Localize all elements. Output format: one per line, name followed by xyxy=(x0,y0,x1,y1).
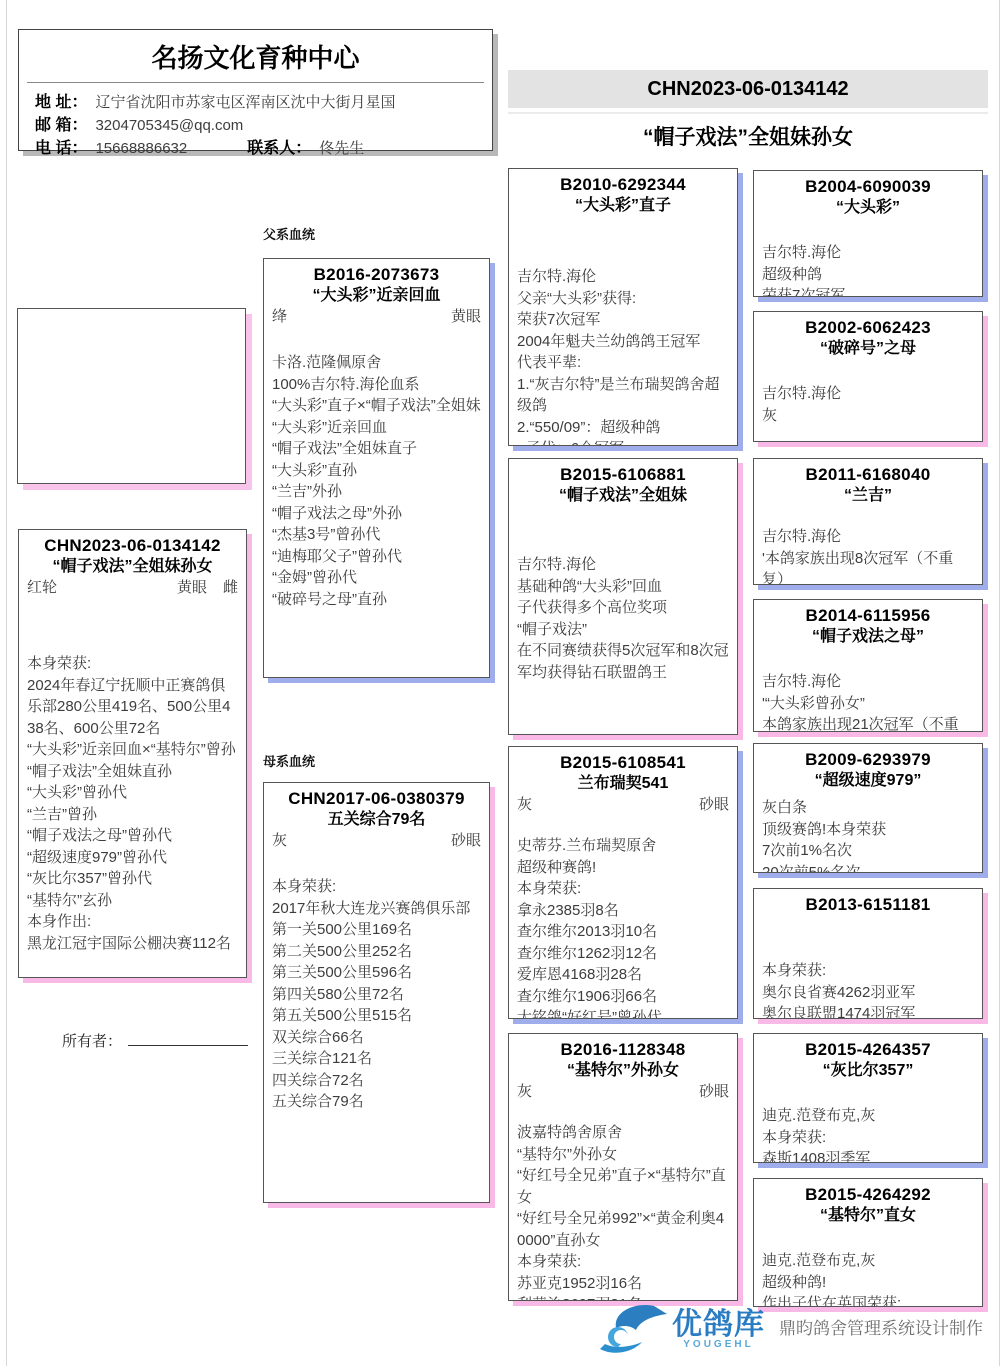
detail-line: “基特尔”外孙女 xyxy=(517,1144,729,1166)
detail-line: 卡洛.范隆佩原舍 xyxy=(272,352,481,374)
bird-name: “帽子戏法”全姐妹 xyxy=(517,485,729,506)
bird-name: 兰布瑞契541 xyxy=(517,773,729,794)
spacer xyxy=(272,327,481,352)
pedigree-box-greatgrandparent-8: B2015-4264292 “基特尔”直女 迪克.范登布克,灰超级种鸽!作出子代… xyxy=(753,1178,983,1307)
contact-value: 佟先生 xyxy=(319,137,364,160)
detail-line: 第四关580公里72名 xyxy=(272,984,481,1006)
ring-number: B2016-2073673 xyxy=(272,264,481,285)
bird-name: “超级速度979” xyxy=(762,770,974,791)
detail-line: 吉尔特.海伦 xyxy=(762,526,974,548)
detail-line: 在不同赛绩获得5次冠军和8次冠军均获得钻石联盟鸽王 xyxy=(517,640,729,683)
detail-line: “帽子戏法之母”外孙 xyxy=(272,503,481,525)
spacer xyxy=(762,1226,974,1250)
ring-number: B2011-6168040 xyxy=(762,464,974,485)
ring-number: CHN2023-06-0134142 xyxy=(27,535,238,556)
detail-line: “兰吉”曾孙 xyxy=(27,804,238,826)
detail-line: '本鸽家族出现8次冠军（不重复） xyxy=(762,548,974,586)
ring-number: B2013-6151181 xyxy=(762,894,974,915)
bird-details: 吉尔特.海伦超级种鸽荣获7次冠军 xyxy=(762,242,974,297)
phone-row: 电 话： 15668886632 联系人： 佟先生 xyxy=(19,137,492,160)
detail-line: 三关综合121名 xyxy=(272,1048,481,1070)
pedigree-box-greatgrandparent-4: B2014-6115956 “帽子戏法之母” 吉尔特.海伦'“大头彩曾孙女”本鸽… xyxy=(753,599,983,732)
detail-line: 波嘉特鸽舍原舍 xyxy=(517,1122,729,1144)
pedigree-bird-name: “帽子戏法”全姐妹孙女 xyxy=(508,121,988,151)
detail-line: 大铭鸽“好红号”曾孙代 xyxy=(517,1007,729,1019)
sex: 雌 xyxy=(223,579,238,596)
pedigree-box-greatgrandparent-6: B2013-6151181 本身荣获:奥尔良省赛4262羽亚军奥尔良联盟1474… xyxy=(753,888,983,1019)
footer-brand: 优鸽库 YOUGEHL 鼎昀鸽舍管理系统设计制作 xyxy=(596,1298,983,1360)
detail-line: “大头彩”直孙 xyxy=(272,460,481,482)
detail-line: 第二关500公里252名 xyxy=(272,941,481,963)
bird-details: 本身荣获:2017年秋大连龙兴赛鸽俱乐部第一关500公里169名第二关500公里… xyxy=(272,876,481,1113)
address-row: 地 址： 辽宁省沈阳市苏家屯区浑南区沈中大街月星国 xyxy=(19,91,492,114)
eye-color: 砂眼 xyxy=(699,1081,729,1102)
detail-line: 查尔维尔1906羽66名 xyxy=(517,986,729,1008)
eye-sex-group: 黄眼雌 xyxy=(177,577,238,598)
detail-line: 本身荣获: xyxy=(762,960,974,982)
contact-group: 联系人： 佟先生 xyxy=(247,137,364,160)
detail-line: 吉尔特.海伦 xyxy=(762,671,974,693)
traits-row: 红轮 黄眼雌 xyxy=(27,577,238,598)
detail-line: 超级种鸽! xyxy=(762,1272,974,1294)
bird-details: 卡洛.范隆佩原舍100%吉尔特.海伦血系“大头彩”直子×“帽子戏法”全姐妹“大头… xyxy=(272,352,481,610)
pedigree-box-grandparent-2: B2015-6106881 “帽子戏法”全姐妹 吉尔特.海伦基础种鸽“大头彩”回… xyxy=(508,458,738,735)
paternal-line-label: 父系血统 xyxy=(263,224,315,243)
detail-line: 本身作出: xyxy=(27,911,238,933)
contact-label: 联系人： xyxy=(247,137,311,160)
ring-number: B2015-4264292 xyxy=(762,1184,974,1205)
bird-details: 吉尔特.海伦'本鸽家族出现8次冠军（不重复） xyxy=(762,526,974,585)
detail-line: 荣获7次冠军 xyxy=(762,285,974,297)
traits-row: 绛 黄眼 xyxy=(272,306,481,327)
traits-row: 灰 砂眼 xyxy=(517,1081,729,1102)
detail-line: “帽子戏法之母”曾孙代 xyxy=(27,825,238,847)
detail-line: “迪梅耶父子”曾孙代 xyxy=(272,546,481,568)
bird-name: “兰吉” xyxy=(762,485,974,506)
spacer xyxy=(762,647,974,671)
detail-line: 2004年魁夫兰幼鸽鸽王冠军 xyxy=(517,331,729,353)
detail-line: '“大头彩曾孙女” xyxy=(762,693,974,715)
detail-line: 迪克.范登布克,灰 xyxy=(762,1250,974,1272)
ring-number: B2015-6106881 xyxy=(517,464,729,485)
eye-color: 砂眼 xyxy=(451,830,481,851)
traits-row: 灰 砂眼 xyxy=(517,794,729,815)
detail-line: 第三关500公里596名 xyxy=(272,962,481,984)
loft-header-card: 名扬文化育种中心 地 址： 辽宁省沈阳市苏家屯区浑南区沈中大街月星国 邮 箱： … xyxy=(18,29,493,151)
bird-name: “破碎号”之母 xyxy=(762,338,974,359)
ring-number: CHN2017-06-0380379 xyxy=(272,788,481,809)
detail-line: 本身荣获: xyxy=(272,876,481,898)
detail-line: 20次前5%名次 xyxy=(762,862,974,874)
detail-line: 吉尔特.海伦 xyxy=(517,266,729,288)
spacer xyxy=(762,506,974,526)
pedigree-box-greatgrandparent-7: B2015-4264357 “灰比尔357” 迪克.范登布克,灰本身荣获:森斯1… xyxy=(753,1033,983,1163)
detail-line: 四关综合72名 xyxy=(272,1070,481,1092)
maternal-line-label: 母系血统 xyxy=(263,751,315,770)
detail-line: 五关综合79名 xyxy=(272,1091,481,1113)
detail-line: “大头彩”曾孙代 xyxy=(27,782,238,804)
detail-line: 爱库恩4168羽28名 xyxy=(517,964,729,986)
feather-color: 灰 xyxy=(272,830,287,851)
detail-line: “大头彩”近亲回血×“基特尔”曾孙 xyxy=(27,739,238,761)
spacer xyxy=(517,216,729,266)
detail-line: 本身荣获: xyxy=(762,1127,974,1149)
bird-details: 迪克.范登布克,灰本身荣获:森斯1408羽季军 xyxy=(762,1105,974,1163)
spacer xyxy=(762,1081,974,1105)
detail-line: 苏亚克1952羽16名 xyxy=(517,1273,729,1295)
address-value: 辽宁省沈阳市苏家屯区浑南区沈中大街月星国 xyxy=(95,91,395,114)
bird-details: 灰白条顶级赛鸽!本身荣获7次前1%名次20次前5%名次 xyxy=(762,797,974,873)
detail-line: 拿永2385羽8名 xyxy=(517,900,729,922)
brand-subtitle: YOUGEHL xyxy=(683,1339,753,1350)
detail-line: “帽子戏法”全姐妹直子 xyxy=(272,438,481,460)
ring-number: B2014-6115956 xyxy=(762,605,974,626)
detail-line: “好红号全兄弟”直子×“基特尔”直女 xyxy=(517,1165,729,1208)
detail-line: “大头彩”近亲回血 xyxy=(272,417,481,439)
detail-line: 奥尔良联盟1474羽冠军 xyxy=(762,1003,974,1019)
detail-line: “基特尔”玄孙 xyxy=(27,890,238,912)
detail-line: 吉尔特.海伦 xyxy=(762,383,974,405)
detail-line: 顶级赛鸽!本身荣获 xyxy=(762,819,974,841)
detail-line: ~子代：6个冠军 xyxy=(517,438,729,446)
detail-line: 1.“灰吉尔特”是兰布瑞契鸽舍超级鸽 xyxy=(517,374,729,417)
brand-tagline: 鼎昀鸽舍管理系统设计制作 xyxy=(779,1314,983,1345)
bird-name: “基特尔”直女 xyxy=(762,1205,974,1226)
feather-color: 灰 xyxy=(517,794,532,815)
detail-line: “破碎号之母”直孙 xyxy=(272,589,481,611)
brand-text-group: 优鸽库 YOUGEHL xyxy=(672,1309,765,1350)
loft-name: 名扬文化育种中心 xyxy=(19,38,492,75)
bird-photo-placeholder xyxy=(17,308,246,484)
pedigree-box-greatgrandparent-2: B2002-6062423 “破碎号”之母 吉尔特.海伦灰 xyxy=(753,311,983,442)
feather-color: 灰 xyxy=(517,1081,532,1102)
detail-line: 2024年春辽宁抚顺中正赛鸽俱乐部280公里419名、500公里438名、600… xyxy=(27,675,238,740)
detail-line: 7次前1%名次 xyxy=(762,840,974,862)
detail-line: 查尔维尔1262羽12名 xyxy=(517,943,729,965)
feather-color: 绛 xyxy=(272,306,287,327)
pedigree-box-main-bird: CHN2023-06-0134142 “帽子戏法”全姐妹孙女 红轮 黄眼雌 本身… xyxy=(18,529,247,978)
detail-line: 灰 xyxy=(762,405,974,427)
detail-line: 荣获7次冠军 xyxy=(517,309,729,331)
pedigree-certificate-page: 名扬文化育种中心 地 址： 辽宁省沈阳市苏家屯区浑南区沈中大街月星国 邮 箱： … xyxy=(0,0,1006,1366)
bird-name: “大头彩” xyxy=(762,197,974,218)
brand-name: 优鸽库 xyxy=(672,1309,765,1341)
detail-line: “帽子戏法” xyxy=(517,619,729,641)
detail-line: 本身荣获: xyxy=(517,1251,729,1273)
detail-line: 2017年秋大连龙兴赛鸽俱乐部 xyxy=(272,898,481,920)
ring-number: B2004-6090039 xyxy=(762,176,974,197)
detail-line: 子代获得多个高位奖项 xyxy=(517,597,729,619)
bird-name: “大头彩”直子 xyxy=(517,195,729,216)
ring-number: B2016-1128348 xyxy=(517,1039,729,1060)
detail-line: “金姆”曾孙代 xyxy=(272,567,481,589)
ring-number: B2010-6292344 xyxy=(517,174,729,195)
detail-line: 基础种鸽“大头彩”回血 xyxy=(517,576,729,598)
feather-color: 红轮 xyxy=(27,577,57,598)
spacer xyxy=(517,815,729,835)
bird-details: 吉尔特.海伦灰 xyxy=(762,383,974,426)
bird-name: “帽子戏法”全姐妹孙女 xyxy=(27,556,238,577)
detail-line: 100%吉尔特.海伦血系 xyxy=(272,374,481,396)
detail-line: “好红号全兄弟992”×“黄金利奥40000”直孙女 xyxy=(517,1208,729,1251)
detail-line: 查尔维尔2013羽10名 xyxy=(517,921,729,943)
detail-line: 黑龙江冠宇国际公棚决赛112名 xyxy=(27,933,238,955)
bird-details: 吉尔特.海伦'“大头彩曾孙女”本鸽家族出现21次冠军（不重 xyxy=(762,671,974,732)
detail-line: 灰白条 xyxy=(762,797,974,819)
bird-details: 史蒂芬.兰布瑞契原舍超级种赛鸽!本身荣获:拿永2385羽8名查尔维尔2013羽1… xyxy=(517,835,729,1019)
spacer xyxy=(762,359,974,383)
detail-line: 第五关500公里515名 xyxy=(272,1005,481,1027)
pedigree-box-greatgrandparent-5: B2009-6293979 “超级速度979” 灰白条顶级赛鸽!本身荣获7次前1… xyxy=(753,743,983,873)
phone-label: 电 话： xyxy=(35,137,87,160)
eye-color: 黄眼 xyxy=(451,306,481,327)
detail-line: “杰基3号”曾孙代 xyxy=(272,524,481,546)
detail-line: 双关综合66名 xyxy=(272,1027,481,1049)
ring-number: B2009-6293979 xyxy=(762,749,974,770)
bird-details: 吉尔特.海伦父亲“大头彩”获得:荣获7次冠军2004年魁夫兰幼鸽鸽王冠军代表平辈… xyxy=(517,266,729,446)
bird-name: “灰比尔357” xyxy=(762,1060,974,1081)
detail-line: 超级种赛鸽! xyxy=(517,857,729,879)
detail-line: “兰吉”外孙 xyxy=(272,481,481,503)
detail-line: 奥尔良省赛4262羽亚军 xyxy=(762,982,974,1004)
spacer xyxy=(762,936,974,960)
header-divider xyxy=(27,82,484,83)
pedigree-box-greatgrandparent-3: B2011-6168040 “兰吉” 吉尔特.海伦'本鸽家族出现8次冠军（不重复… xyxy=(753,458,983,585)
detail-line: 第一关500公里169名 xyxy=(272,919,481,941)
detail-line: 代表平辈: xyxy=(517,352,729,374)
detail-line: 史蒂芬.兰布瑞契原舍 xyxy=(517,835,729,857)
pedigree-box-greatgrandparent-1: B2004-6090039 “大头彩” 吉尔特.海伦超级种鸽荣获7次冠军 xyxy=(753,170,983,297)
pedigree-box-grandparent-4: B2016-1128348 “基特尔”外孙女 灰 砂眼 波嘉特鸽舍原舍“基特尔”… xyxy=(508,1033,738,1301)
traits-row: 灰 砂眼 xyxy=(272,830,481,851)
spacer xyxy=(517,506,729,554)
detail-line: 森斯1408羽季军 xyxy=(762,1148,974,1163)
bird-name: 五关综合79名 xyxy=(272,809,481,830)
pedigree-box-father: B2016-2073673 “大头彩”近亲回血 绛 黄眼 卡洛.范隆佩原舍100… xyxy=(263,258,490,678)
owner-line: 所有者： xyxy=(62,1030,248,1051)
bird-details: 波嘉特鸽舍原舍“基特尔”外孙女“好红号全兄弟”直子×“基特尔”直女“好红号全兄弟… xyxy=(517,1122,729,1301)
ring-number: B2015-4264357 xyxy=(762,1039,974,1060)
bar-underline xyxy=(508,112,988,114)
ring-number: B2002-6062423 xyxy=(762,317,974,338)
page-edge-right xyxy=(999,0,1000,1366)
detail-line: 超级种鸽 xyxy=(762,264,974,286)
email-label: 邮 箱： xyxy=(35,114,87,137)
detail-line: 本身荣获: xyxy=(517,878,729,900)
bird-logo-icon xyxy=(596,1301,670,1357)
detail-line: “帽子戏法”全姐妹直孙 xyxy=(27,761,238,783)
detail-line: “灰比尔357”曾孙代 xyxy=(27,868,238,890)
spacer xyxy=(762,218,974,242)
bird-name: “基特尔”外孙女 xyxy=(517,1060,729,1081)
detail-line: 父亲“大头彩”获得: xyxy=(517,288,729,310)
phone-value: 15668886632 xyxy=(95,137,187,160)
detail-line: 吉尔特.海伦 xyxy=(517,554,729,576)
detail-line: “大头彩”直子×“帽子戏法”全姐妹 xyxy=(272,395,481,417)
email-value: 3204705345@qq.com xyxy=(95,114,243,137)
ring-number: B2015-6108541 xyxy=(517,752,729,773)
detail-line: 本鸽家族出现21次冠军（不重 xyxy=(762,714,974,732)
eye-color: 黄眼 xyxy=(177,579,207,596)
pedigree-box-grandparent-3: B2015-6108541 兰布瑞契541 灰 砂眼 史蒂芬.兰布瑞契原舍超级种… xyxy=(508,746,738,1019)
detail-line: 2.“550/09”：超级种鸽 xyxy=(517,417,729,439)
bird-details: 本身荣获:2024年春辽宁抚顺中正赛鸽俱乐部280公里419名、500公里438… xyxy=(27,653,238,954)
pedigree-box-mother: CHN2017-06-0380379 五关综合79名 灰 砂眼 本身荣获:201… xyxy=(263,782,490,1203)
pedigree-box-grandparent-1: B2010-6292344 “大头彩”直子 吉尔特.海伦父亲“大头彩”获得:荣获… xyxy=(508,168,738,446)
page-edge-left xyxy=(6,0,7,1366)
eye-color: 砂眼 xyxy=(699,794,729,815)
spacer xyxy=(27,598,238,653)
detail-line: 吉尔特.海伦 xyxy=(762,242,974,264)
bird-name xyxy=(762,915,974,936)
address-label: 地 址： xyxy=(35,91,87,114)
owner-label: 所有者： xyxy=(62,1033,122,1050)
bird-details: 吉尔特.海伦基础种鸽“大头彩”回血子代获得多个高位奖项“帽子戏法”在不同赛绩获得… xyxy=(517,554,729,683)
bird-details: 本身荣获:奥尔良省赛4262羽亚军奥尔良联盟1474羽冠军 xyxy=(762,960,974,1019)
detail-line: 迪克.范登布克,灰 xyxy=(762,1105,974,1127)
detail-line: “超级速度979”曾孙代 xyxy=(27,847,238,869)
owner-signature-line xyxy=(128,1032,248,1046)
bird-name: “大头彩”近亲回血 xyxy=(272,285,481,306)
spacer xyxy=(517,1102,729,1122)
email-row: 邮 箱： 3204705345@qq.com xyxy=(19,114,492,137)
ring-number-bar: CHN2023-06-0134142 xyxy=(508,70,988,108)
bird-name: “帽子戏法之母” xyxy=(762,626,974,647)
spacer xyxy=(272,851,481,876)
detail-line: 本身荣获: xyxy=(27,653,238,675)
